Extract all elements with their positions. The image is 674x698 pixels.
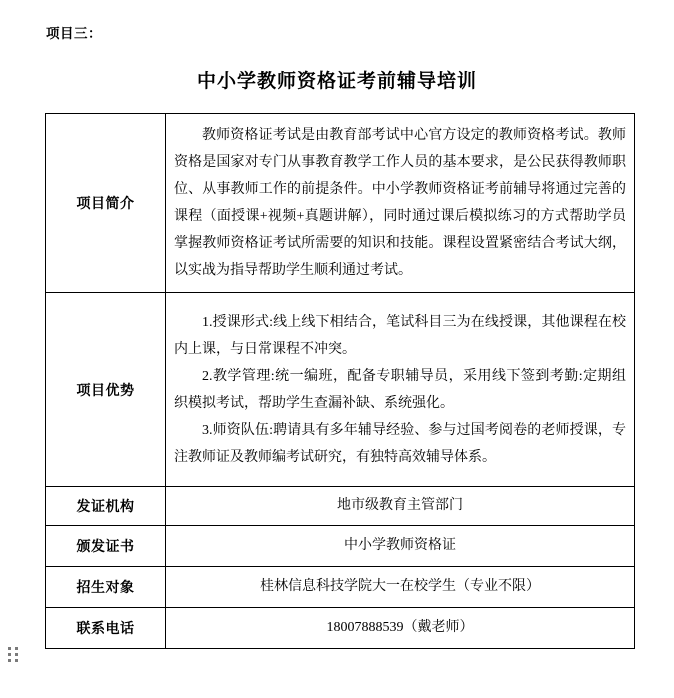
cell-paragraph: 地市级教育主管部门 [174, 496, 626, 516]
drag-dot [15, 653, 18, 656]
row-header-cell: 项目简介 [46, 114, 166, 293]
cell-paragraph: 3.师资队伍:聘请具有多年辅导经验、参与过国考阅卷的老师授课，专注教师证及教师编… [174, 417, 626, 471]
row-content-cell: 地市级教育主管部门 [166, 487, 635, 526]
row-header-cell: 招生对象 [46, 567, 166, 608]
cell-paragraph: 2.教学管理:统一编班，配备专职辅导员，采用线下签到考勤:定期组织模拟考试，帮助… [174, 363, 626, 417]
table-row: 联系电话18007888539（戴老师） [46, 608, 635, 649]
table-row: 发证机构地市级教育主管部门 [46, 487, 635, 526]
row-header-cell: 项目优势 [46, 293, 166, 487]
drag-dot [8, 653, 11, 656]
table-row: 项目优势1.授课形式:线上线下相结合，笔试科目三为在线授课，其他课程在校内上课，… [46, 293, 635, 487]
row-header-cell: 联系电话 [46, 608, 166, 649]
table-row: 项目简介教师资格证考试是由教育部考试中心官方设定的教师资格考试。教师资格是国家对… [46, 114, 635, 293]
cell-paragraph: 桂林信息科技学院大一在校学生（专业不限） [174, 577, 626, 597]
cell-paragraph: 中小学教师资格证 [174, 536, 626, 556]
drag-dots-icon[interactable] [8, 647, 18, 662]
page-title: 中小学教师资格证考前辅导培训 [0, 66, 674, 93]
row-content-cell: 中小学教师资格证 [166, 526, 635, 567]
row-header-cell: 颁发证书 [46, 526, 166, 567]
drag-dot [15, 659, 18, 662]
cell-paragraph: 教师资格证考试是由教育部考试中心官方设定的教师资格考试。教师资格是国家对专门从事… [174, 122, 626, 284]
table-row: 颁发证书中小学教师资格证 [46, 526, 635, 567]
cell-paragraph: 18007888539（戴老师） [174, 618, 626, 638]
row-content-cell: 教师资格证考试是由教育部考试中心官方设定的教师资格考试。教师资格是国家对专门从事… [166, 114, 635, 293]
row-content-cell: 18007888539（戴老师） [166, 608, 635, 649]
info-table: 项目简介教师资格证考试是由教育部考试中心官方设定的教师资格考试。教师资格是国家对… [45, 113, 635, 649]
row-header-cell: 发证机构 [46, 487, 166, 526]
table-row: 招生对象桂林信息科技学院大一在校学生（专业不限） [46, 567, 635, 608]
drag-dot [8, 659, 11, 662]
section-label: 项目三： [46, 22, 102, 42]
row-content-cell: 1.授课形式:线上线下相结合，笔试科目三为在线授课，其他课程在校内上课，与日常课… [166, 293, 635, 487]
drag-dot [15, 647, 18, 650]
cell-paragraph: 1.授课形式:线上线下相结合，笔试科目三为在线授课，其他课程在校内上课，与日常课… [174, 309, 626, 363]
row-content-cell: 桂林信息科技学院大一在校学生（专业不限） [166, 567, 635, 608]
drag-dot [8, 647, 11, 650]
